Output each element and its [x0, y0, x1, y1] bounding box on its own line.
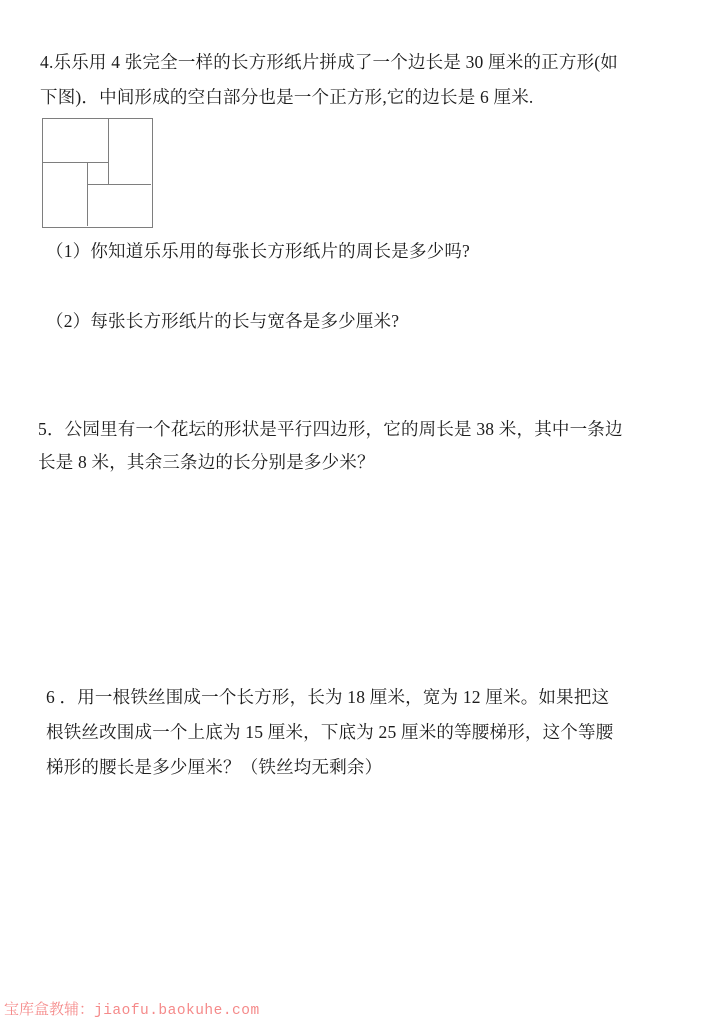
question-4-line-1: 4.乐乐用 4 张完全一样的长方形纸片拼成了一个边长是 30 厘米的正方形(如 — [40, 50, 618, 74]
question-4-sub-2: （2）每张长方形纸片的长与宽各是多少厘米? — [46, 309, 399, 333]
diagram-line-bottom-vertical — [87, 162, 89, 227]
watermark-footer: 宝库盒教辅：jiaofu.baokuhe.com — [4, 1000, 260, 1021]
question-6-line-1: 6 ．用一根铁丝围成一个长方形，长为 18 厘米，宽为 12 厘米。如果把这 — [46, 685, 609, 709]
diagram-line-top-vertical — [108, 119, 110, 184]
question-4-sub-1: （1）你知道乐乐用的每张长方形纸片的周长是多少吗? — [46, 239, 470, 263]
question-6-line-2: 根铁丝改围成一个上底为 15 厘米，下底为 25 厘米的等腰梯形，这个等腰 — [46, 720, 613, 744]
question-4-line-2: 下图)．中间形成的空白部分也是一个正方形,它的边长是 6 厘米. — [40, 85, 533, 109]
diagram-line-left-horizontal — [43, 162, 109, 164]
watermark-label: 宝库盒教辅： — [4, 1002, 94, 1018]
question-5-line-2: 长是 8 米，其余三条边的长分别是多少米？ — [38, 450, 375, 474]
question-5-line-1: 5．公园里有一个花坛的形状是平行四边形，它的周长是 38 米，其中一条边 — [38, 417, 623, 441]
pinwheel-square-diagram — [42, 118, 153, 228]
diagram-line-right-horizontal — [87, 184, 152, 186]
worksheet-page: 4.乐乐用 4 张完全一样的长方形纸片拼成了一个边长是 30 厘米的正方形(如 … — [0, 0, 724, 1024]
question-6-line-3: 梯形的腰长是多少厘米？（铁丝均无剩余） — [46, 755, 382, 779]
watermark-url: jiaofu.baokuhe.com — [94, 1003, 260, 1019]
